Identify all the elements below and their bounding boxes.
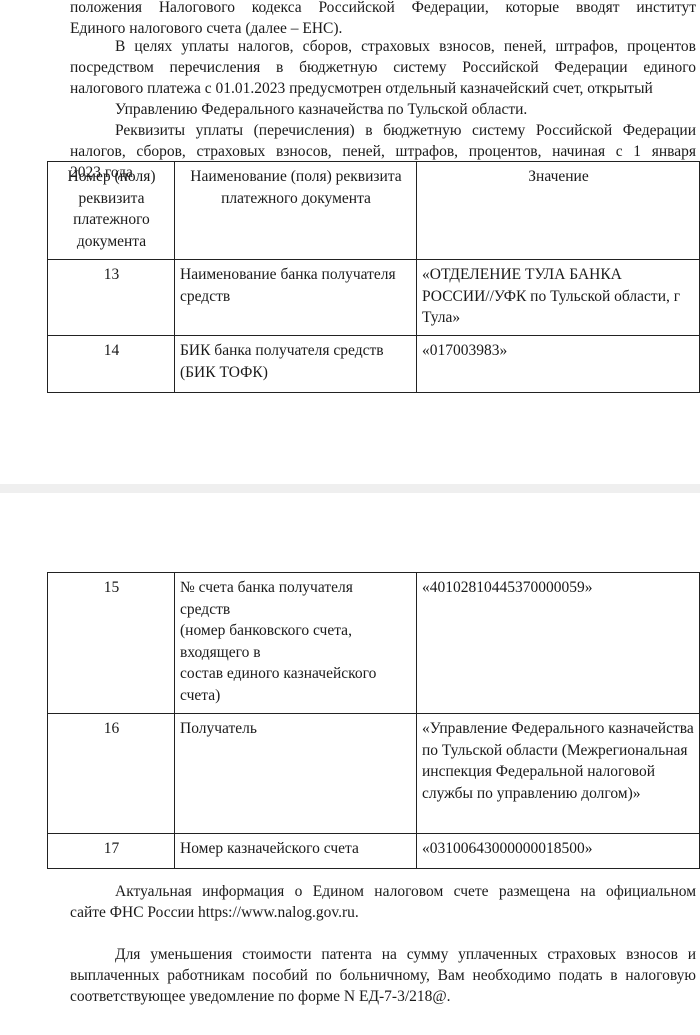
table-row: 14 БИК банка получателя средств (БИК ТОФ… bbox=[48, 336, 700, 393]
table-row: 15 № счета банка получателя средств (ном… bbox=[48, 573, 700, 714]
text-line: Для уменьшения стоимости патента на сумм… bbox=[70, 944, 696, 965]
text-line: посредством перечисления в бюджетную сис… bbox=[70, 57, 696, 78]
text-line: Управлению Федерального казначейства по … bbox=[70, 99, 696, 120]
column-header-number: Номер (поля) реквизита платежного докуме… bbox=[48, 162, 175, 260]
text-line: положения Налогового кодекса Российской … bbox=[70, 0, 696, 18]
text-line: соответствующее уведомление по форме N Е… bbox=[70, 986, 696, 1007]
table-row: 16 Получатель «Управление Федерального к… bbox=[48, 714, 700, 834]
requisites-table-part-2: 15 № счета банка получателя средств (ном… bbox=[47, 572, 700, 869]
field-number: 14 bbox=[48, 336, 175, 393]
field-number: 15 bbox=[48, 573, 175, 714]
requisites-table-part-1: Номер (поля) реквизита платежного докуме… bbox=[47, 161, 700, 393]
table-header-row: Номер (поля) реквизита платежного докуме… bbox=[48, 162, 700, 260]
field-value: «ОТДЕЛЕНИЕ ТУЛА БАНКА РОССИИ//УФК по Тул… bbox=[417, 260, 700, 336]
table-row: 17 Номер казначейского счета «0310064300… bbox=[48, 834, 700, 869]
paragraph-treasury-account: В целях уплаты налогов, сборов, страховы… bbox=[70, 36, 696, 99]
field-name: Получатель bbox=[175, 714, 417, 834]
paragraph-ens-intro: положения Налогового кодекса Российской … bbox=[70, 0, 696, 39]
text-line: Актуальная информация о Едином налоговом… bbox=[70, 881, 696, 902]
page-separator bbox=[0, 484, 700, 493]
paragraph-patent-notice: Для уменьшения стоимости патента на сумм… bbox=[70, 944, 696, 1007]
document-page-2: 15 № счета банка получателя средств (ном… bbox=[0, 493, 700, 1035]
column-header-value: Значение bbox=[417, 162, 700, 260]
field-name: № счета банка получателя средств (номер … bbox=[175, 573, 417, 714]
column-header-name: Наименование (поля) реквизита платежного… bbox=[175, 162, 417, 260]
text-line: налогового платежа с 01.01.2023 предусмо… bbox=[70, 78, 696, 99]
field-number: 17 bbox=[48, 834, 175, 869]
text-line: В целях уплаты налогов, сборов, страховы… bbox=[70, 36, 696, 57]
field-name: Номер казначейского счета bbox=[175, 834, 417, 869]
field-value: «40102810445370000059» bbox=[417, 573, 700, 714]
paragraph-treasury-tula: Управлению Федерального казначейства по … bbox=[70, 99, 696, 120]
field-value: «017003983» bbox=[417, 336, 700, 393]
paragraph-ens-info: Актуальная информация о Едином налоговом… bbox=[70, 881, 696, 923]
field-number: 16 bbox=[48, 714, 175, 834]
field-name: БИК банка получателя средств (БИК ТОФК) bbox=[175, 336, 417, 393]
field-number: 13 bbox=[48, 260, 175, 336]
fns-website-text: сайте ФНС России https://www.nalog.gov.r… bbox=[70, 902, 696, 923]
text-line: выплаченных работникам пособий по больни… bbox=[70, 965, 696, 986]
field-name: Наименование банка получателя средств bbox=[175, 260, 417, 336]
field-value: «03100643000000018500» bbox=[417, 834, 700, 869]
table-row: 13 Наименование банка получателя средств… bbox=[48, 260, 700, 336]
text-line: налогов, сборов, страховых взносов, пене… bbox=[70, 141, 696, 162]
field-value: «Управление Федерального казначейства по… bbox=[417, 714, 700, 834]
document-page-1: положения Налогового кодекса Российской … bbox=[0, 0, 700, 484]
text-line: Реквизиты уплаты (перечисления) в бюджет… bbox=[70, 120, 696, 141]
